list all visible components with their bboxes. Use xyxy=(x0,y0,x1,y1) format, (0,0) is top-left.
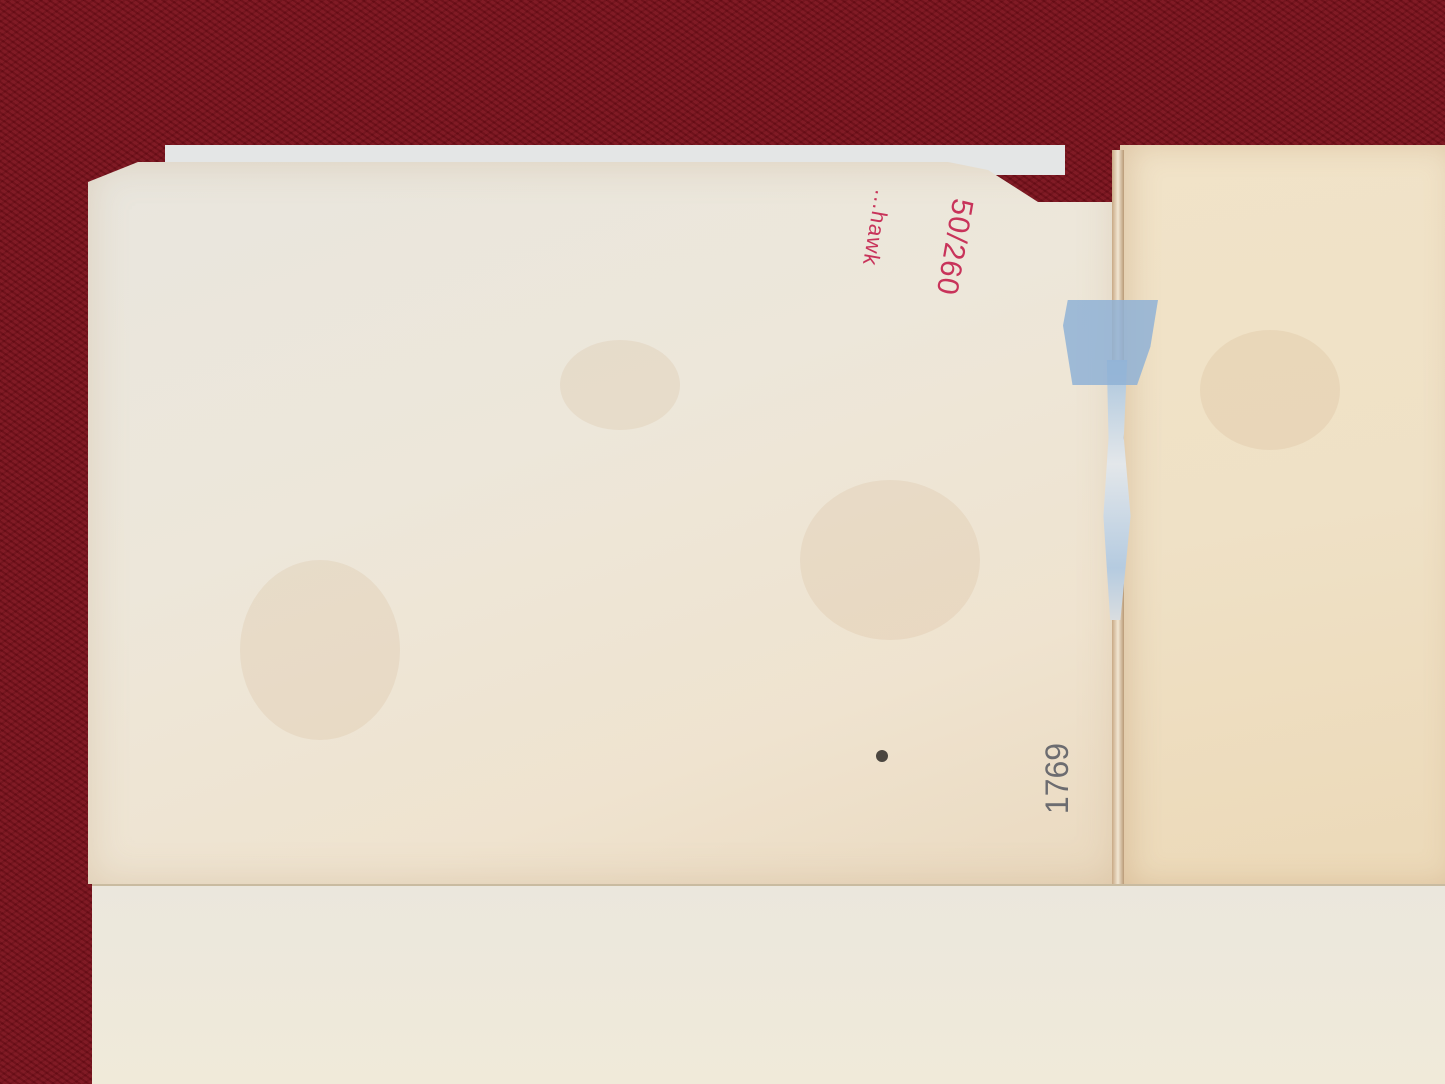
stain xyxy=(240,560,400,740)
poster-panel-bottom xyxy=(92,884,1445,1084)
pencil-year-note: 1769 xyxy=(1039,743,1076,814)
poster-panel-right xyxy=(1120,145,1445,885)
dark-spot xyxy=(876,750,888,762)
stain xyxy=(560,340,680,430)
poster-photo: 50/260 ...hawk 1769 xyxy=(0,0,1445,1084)
stain xyxy=(800,480,980,640)
stain xyxy=(1200,330,1340,450)
